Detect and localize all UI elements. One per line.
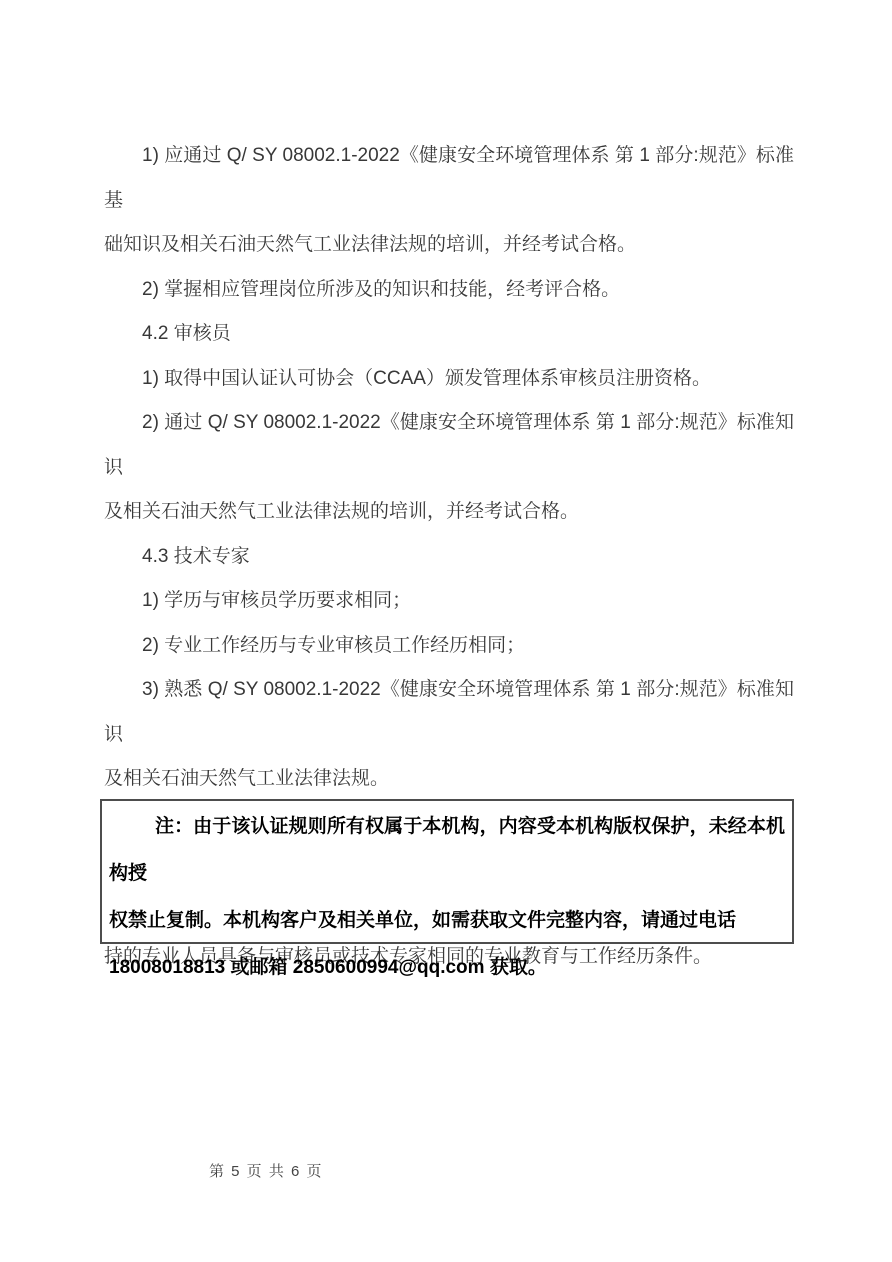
page-number-label: 第 5 页 共 6 页: [209, 1163, 323, 1180]
heading-4-2-auditor: 4.2 审核员: [104, 312, 794, 357]
paragraph-education-requirement: 1) 学历与审核员学历要求相同；: [104, 579, 794, 624]
heading-4-3-technical-expert: 4.3 技术专家: [104, 535, 794, 580]
paragraph-knowledge-skills: 2) 掌握相应管理岗位所涉及的知识和技能，经考评合格。: [104, 268, 794, 313]
paragraph-standard-knowledge: 3) 熟悉 Q/ SY 08002.1-2022《健康安全环境管理体系 第 1 …: [104, 668, 794, 802]
paragraph-training-requirement: 1) 应通过 Q/ SY 08002.1-2022《健康安全环境管理体系 第 1…: [104, 134, 794, 268]
paragraph-ccaa-registration: 1) 取得中国认证认可协会（CCAA）颁发管理体系审核员注册资格。: [104, 357, 794, 402]
copyright-note-text: 注：由于该认证规则所有权属于本机构，内容受本机构版权保护，未经本机构授 权禁止复…: [102, 801, 792, 991]
copyright-note-box: 注：由于该认证规则所有权属于本机构，内容受本机构版权保护，未经本机构授 权禁止复…: [100, 799, 794, 944]
paragraph-auditor-training: 2) 通过 Q/ SY 08002.1-2022《健康安全环境管理体系 第 1 …: [104, 401, 794, 535]
page-footer: 第 5 页 共 6 页: [209, 1160, 323, 1181]
document-page: 1) 应通过 Q/ SY 08002.1-2022《健康安全环境管理体系 第 1…: [0, 0, 892, 1262]
paragraph-work-experience: 2) 专业工作经历与专业审核员工作经历相同；: [104, 624, 794, 669]
